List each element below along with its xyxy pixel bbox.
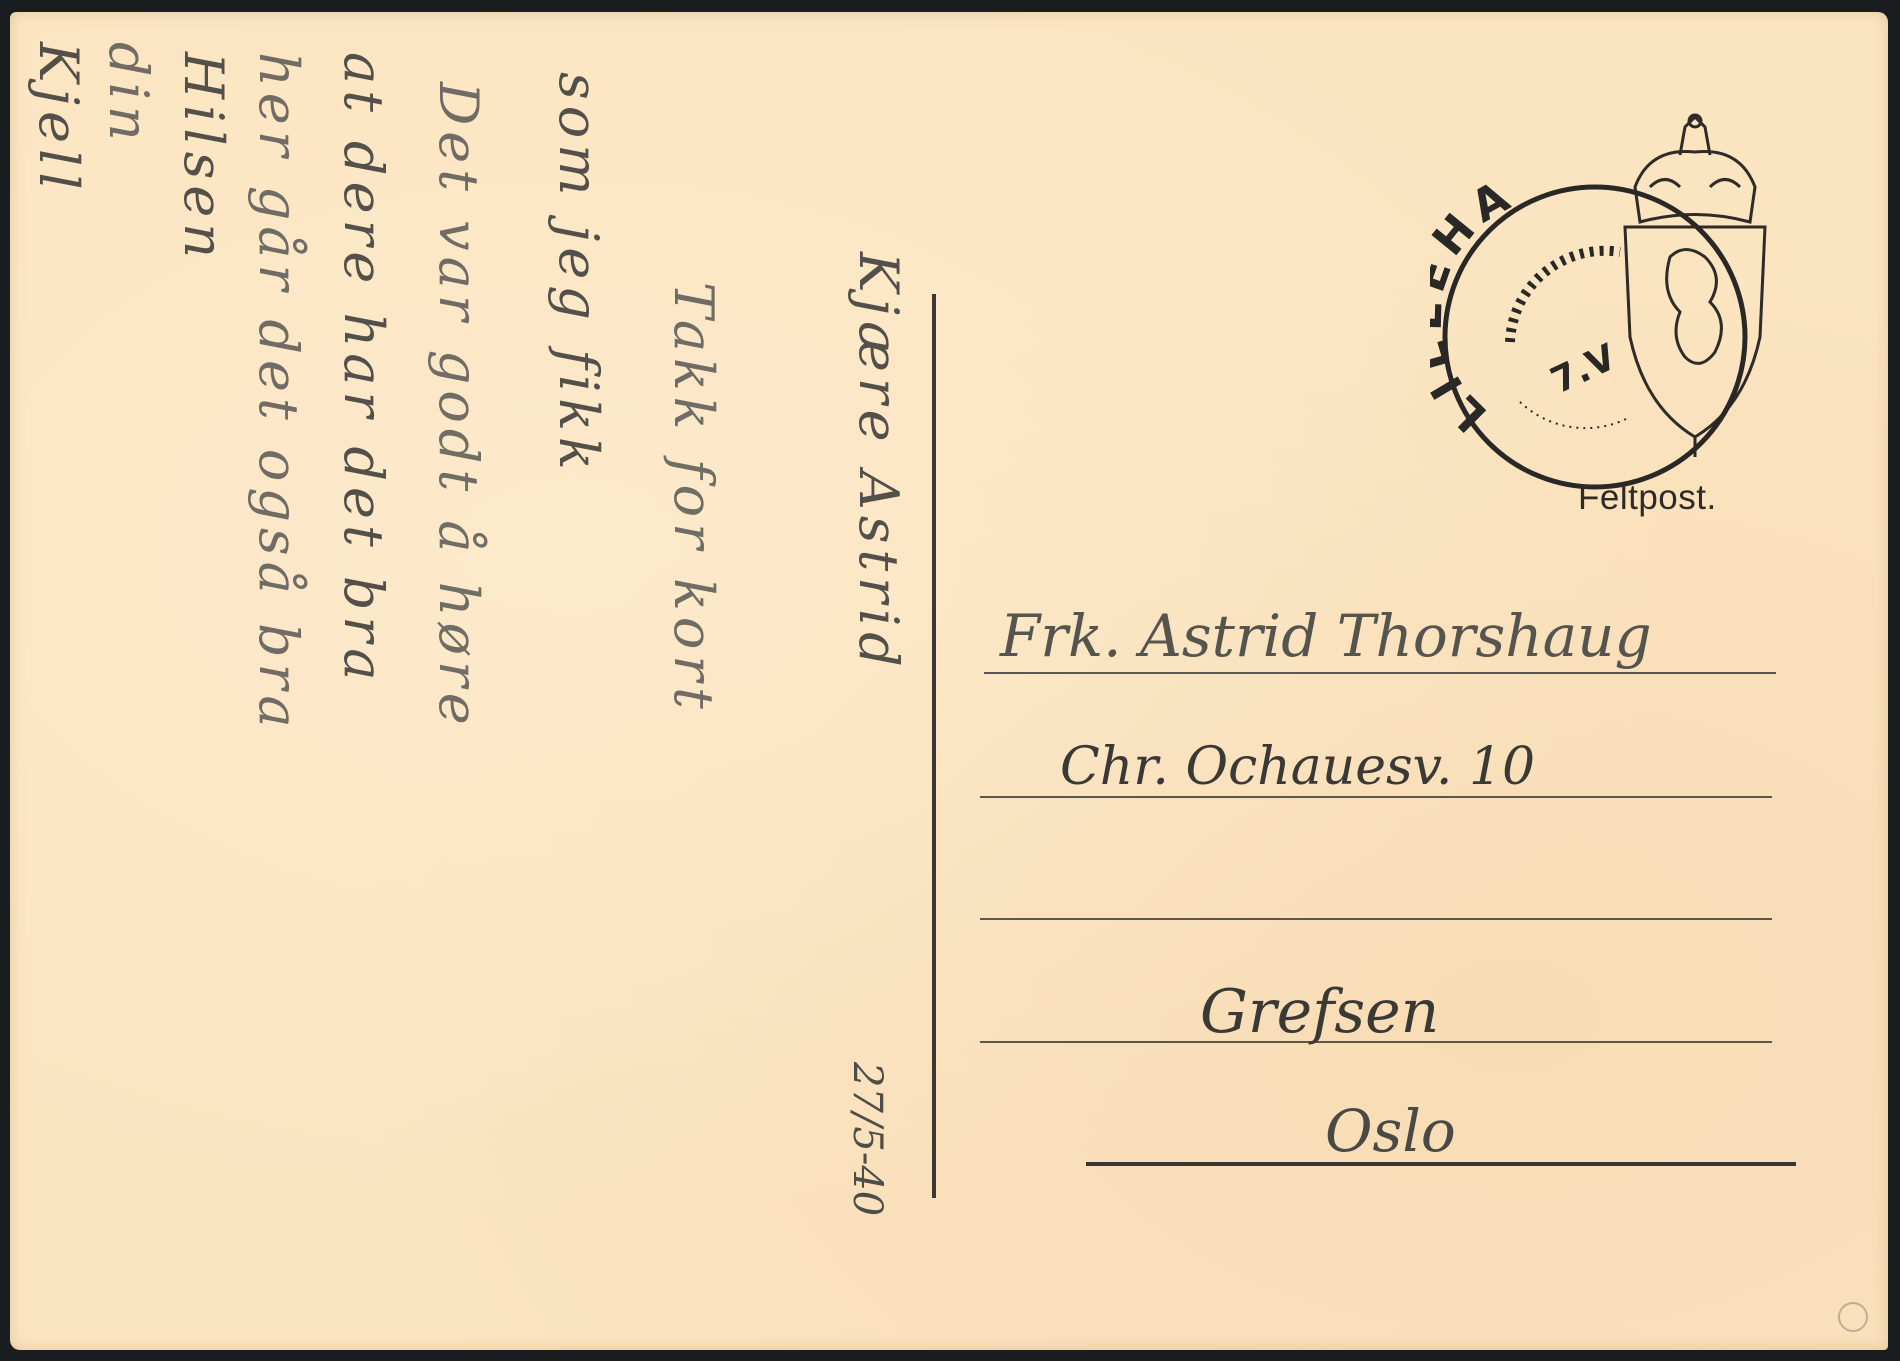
address-line-4: Grefsen bbox=[1200, 977, 1439, 1047]
vertical-divider bbox=[932, 294, 936, 1198]
postmark-stamp: LILLEHA 7.V bbox=[1430, 172, 1760, 502]
address-line-2: Chr. Ochauesv. 10 bbox=[1060, 737, 1535, 797]
address-rule bbox=[980, 918, 1772, 920]
message-column: Hilsen bbox=[172, 52, 235, 264]
message-column: Takk for kort bbox=[662, 282, 725, 715]
message-column: din bbox=[97, 42, 160, 147]
svg-text:LILLEHA: LILLEHA bbox=[1430, 172, 1525, 441]
postmark-town: LILLEHA bbox=[1430, 172, 1525, 441]
postcard: Kjære Astrid Takk for kort som jeg fikk … bbox=[10, 12, 1888, 1350]
message-column: her går det også bra bbox=[247, 52, 310, 734]
message-column: som jeg fikk bbox=[547, 72, 610, 476]
handwritten-date: 27/5-40 bbox=[844, 1062, 890, 1216]
address-line-1: Frk. Astrid Thorshaug bbox=[1000, 602, 1652, 670]
address-line-5: Oslo bbox=[1325, 1097, 1456, 1165]
message-column: at dere har det bra bbox=[332, 52, 395, 686]
postmark-date: 7.V bbox=[1545, 337, 1623, 402]
corner-mark bbox=[1838, 1302, 1868, 1332]
message-column: Kjell bbox=[27, 42, 90, 196]
message-column: Kjære Astrid bbox=[847, 252, 910, 673]
address-rule bbox=[984, 672, 1776, 674]
message-column: Det var godt å høre bbox=[427, 82, 490, 731]
feltpost-label: Feltpost. bbox=[1578, 478, 1717, 518]
